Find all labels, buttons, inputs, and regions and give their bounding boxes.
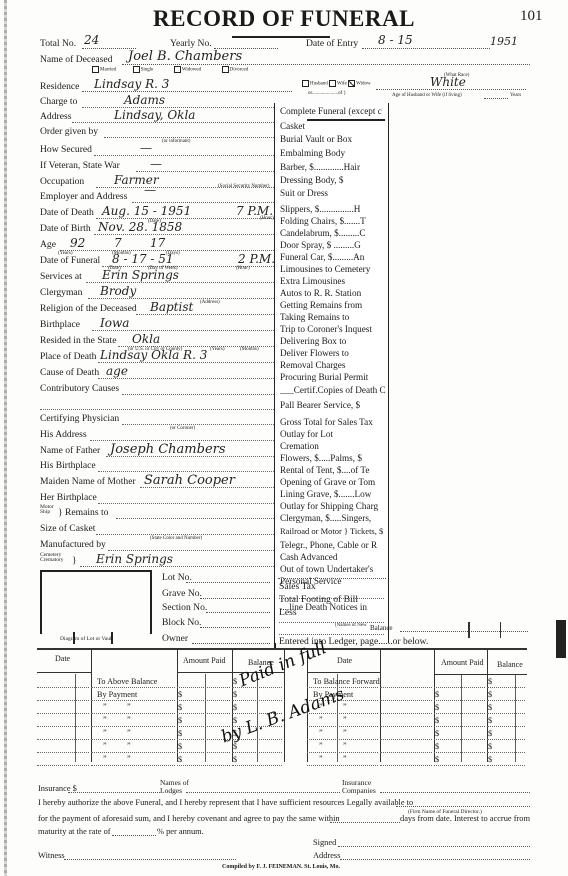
dollar-sign: $: [435, 690, 439, 699]
birthplace-field[interactable]: BirthplaceIowa: [40, 319, 274, 331]
page-title: RECORD OF FUNERAL: [0, 6, 568, 32]
dollar-sign: $: [435, 716, 439, 725]
ledger-cell[interactable]: [380, 674, 432, 688]
compiled-by: Compiled by F. J. FEINEMAN. St. Louis, M…: [222, 864, 340, 870]
ledger-right-date-header: Date: [337, 656, 352, 665]
ledger-cell[interactable]: [434, 739, 485, 753]
dollar-sign: $: [435, 729, 439, 738]
lodges-label: Names of Lodges: [160, 779, 189, 795]
size-of-casket-field[interactable]: Size of Casket: [40, 523, 274, 535]
checkbox-widowed[interactable]: [174, 66, 181, 73]
yearly-no-label: Yearly No.: [170, 38, 212, 49]
ledger-cell[interactable]: [434, 726, 485, 740]
address-field[interactable]: AddressLindsay, Okla: [40, 111, 274, 123]
charge-item[interactable]: Clergyman, $.....Singers,: [280, 513, 388, 523]
how-secured-field[interactable]: How Secured—: [40, 144, 274, 156]
charge-item[interactable]: Outlay for Lot: [280, 429, 388, 439]
ledger-cell[interactable]: [380, 726, 432, 740]
witness-field[interactable]: [64, 859, 236, 860]
dollar-sign: $: [435, 755, 439, 764]
ledger-cell[interactable]: [487, 713, 525, 727]
authorize-text: I hereby authorize the above Funeral, an…: [38, 798, 413, 807]
dollar-sign: $: [178, 703, 182, 712]
date-of-entry-value: 8 - 15: [378, 33, 413, 47]
contributory-causes-line2[interactable]: [40, 398, 274, 410]
ledger-cell[interactable]: [37, 726, 89, 740]
ledger-cell[interactable]: [37, 739, 89, 753]
dollar-sign: $: [178, 742, 182, 751]
charge-item[interactable]: Trip to Coroner's Inquest: [280, 324, 388, 334]
ditto-mark: ”: [343, 728, 347, 737]
residence-value: Lindsay R. 3: [94, 77, 169, 91]
ledger-cell[interactable]: [37, 674, 89, 688]
charge-item[interactable]: Gross Total for Sales Tax: [280, 417, 388, 427]
ledger-cell[interactable]: [177, 752, 230, 766]
mother-birthplace-field[interactable]: Her Birthplace: [40, 492, 274, 504]
dollar-sign: $: [435, 742, 439, 751]
owner-label: Owner: [162, 633, 188, 644]
ledger-cell[interactable]: [91, 674, 175, 688]
ledger-cell[interactable]: [487, 700, 525, 714]
place-of-death-field[interactable]: Place of DeathLindsay Okla R. 3: [40, 351, 274, 363]
balance-label: Balance: [370, 624, 393, 632]
lot-diagram-box: [40, 570, 152, 634]
physician-address-field[interactable]: His Address: [40, 429, 274, 441]
grave-no-field[interactable]: [200, 598, 270, 599]
ledger-cell[interactable]: [177, 700, 230, 714]
employer-field[interactable]: Employer and Address—: [40, 191, 274, 203]
dollar-sign: $: [488, 716, 492, 725]
ledger-cell[interactable]: [434, 752, 485, 766]
ledger-cell[interactable]: [37, 752, 89, 766]
ledger-cell[interactable]: [487, 752, 525, 766]
dollar-sign: $: [488, 755, 492, 764]
order-given-by-field[interactable]: Order given by: [40, 126, 274, 138]
charge-item[interactable]: Outlay for Shipping Charg: [280, 501, 388, 511]
charge-item[interactable]: Dressing Body, $: [280, 175, 388, 185]
total-no-value: 24: [84, 33, 99, 47]
ditto-mark: ”: [343, 715, 347, 724]
page-number: 101: [520, 8, 543, 25]
charge-item[interactable]: Extra Limousines: [280, 276, 388, 286]
ledger-right-balance-header: Balance: [497, 660, 523, 669]
page-edge: [4, 0, 7, 876]
companies-label: Insurance Companies: [342, 779, 376, 795]
charge-item[interactable]: Casket: [280, 121, 388, 131]
charges-panel: Complete Funeral (except c Casket Burial…: [274, 103, 389, 643]
ledger-cell[interactable]: [232, 752, 282, 766]
charge-item[interactable]: Slippers, $...............H: [280, 204, 388, 214]
days-field[interactable]: [330, 822, 400, 823]
dollar-sign: $: [488, 690, 492, 699]
ditto-mark: ”: [103, 754, 107, 763]
charge-item[interactable]: Removal Charges: [280, 360, 388, 370]
charge-item[interactable]: Candelabrum, $.........C: [280, 228, 388, 238]
charge-item[interactable]: ___Certif.Copies of Death C: [280, 385, 388, 395]
ditto-mark: ”: [103, 728, 107, 737]
ledger-cell[interactable]: [434, 700, 485, 714]
sales-tax-label: Sales Tax: [279, 581, 316, 592]
cemetery-field[interactable]: Cemetery Crematory}Erin Springs: [40, 555, 274, 567]
date-of-entry-year: 1951: [490, 35, 518, 48]
charge-item[interactable]: Telegr., Phone, Cable or R: [280, 540, 388, 550]
ledger-cell[interactable]: [380, 739, 432, 753]
charge-item[interactable]: Getting Remains from: [280, 300, 388, 310]
charge-item[interactable]: Rental of Tent, $....of Te: [280, 465, 388, 475]
ditto-mark: ”: [103, 741, 107, 750]
ledger-cell[interactable]: [380, 752, 432, 766]
date-of-death-field[interactable]: Date of DeathAug. 15 - 19517 P.M.: [40, 207, 274, 219]
dollar-sign: $: [435, 703, 439, 712]
dollar-sign: $: [488, 729, 492, 738]
charge-to-field[interactable]: Charge toAdams: [40, 96, 274, 108]
date-of-entry-label: Date of Entry: [306, 38, 358, 49]
charge-item[interactable]: Barber, $.............Hair: [280, 162, 388, 172]
charge-item[interactable]: Flowers, $.....Palms, $: [280, 453, 388, 463]
ditto-mark: ”: [103, 715, 107, 724]
ditto-mark: ”: [343, 741, 347, 750]
grave-no-label: Grave No.: [162, 588, 202, 599]
charge-item[interactable]: Cash Advanced: [280, 552, 388, 562]
veteran-field[interactable]: If Veteran, State War—: [40, 160, 274, 172]
charge-item[interactable]: Opening of Grave or Tom: [280, 477, 388, 487]
ditto-mark: ”: [319, 754, 323, 763]
charge-item[interactable]: Funeral Car, $.........An: [280, 252, 388, 262]
charge-item[interactable]: Pall Bearer Service, $: [280, 400, 388, 410]
clergyman-field[interactable]: ClergymanBrody: [40, 287, 274, 299]
services-at-field[interactable]: Services atErin Springs: [40, 271, 274, 283]
checkbox-married[interactable]: [92, 66, 99, 73]
scan-edge-mark: [556, 620, 566, 658]
charge-item[interactable]: Out of town Undertaker's: [280, 564, 388, 574]
total-footing-label: Total Footing of Bill: [279, 594, 358, 605]
date-of-birth-field[interactable]: Date of BirthNov. 28. 1858: [40, 223, 274, 235]
contributory-causes-field[interactable]: Contributory Causes: [40, 383, 274, 395]
charge-item[interactable]: Burial Vault or Box: [280, 134, 388, 144]
dollar-sign: $: [178, 729, 182, 738]
ditto-mark: ”: [319, 728, 323, 737]
ledger-cell[interactable]: [232, 687, 282, 701]
ledger-left-amount-header: Amount Paid: [183, 656, 225, 665]
ledger-right-amount-header: Amount Paid: [441, 658, 483, 667]
marital-status-options: Married Single Widowed Divorced: [92, 66, 248, 73]
remains-to-field[interactable]: Motor Ship} Remains to: [40, 507, 274, 519]
insurance-field[interactable]: [68, 792, 160, 793]
ledger-cell[interactable]: [487, 674, 525, 688]
race-value: White: [430, 75, 466, 89]
ditto-mark: ”: [127, 728, 131, 737]
ledger-cell[interactable]: [37, 713, 89, 727]
ledger-cell[interactable]: [434, 674, 485, 688]
ledger-cell[interactable]: [487, 726, 525, 740]
dollar-sign: $: [233, 690, 237, 699]
ditto-mark: ”: [127, 741, 131, 750]
dollar-sign: $: [488, 703, 492, 712]
ditto-mark: ”: [103, 702, 107, 711]
ledger-cell[interactable]: [37, 687, 89, 701]
lot-no-field[interactable]: [186, 582, 270, 583]
resided-in-state-field[interactable]: Resided in the StateOkla: [40, 335, 274, 347]
spouse-options: Husband Wife Widow: [302, 80, 371, 87]
dollar-sign: $: [178, 716, 182, 725]
payment-text: for the payment of aforesaid sum, and I …: [38, 814, 340, 823]
residence-label: Residence: [40, 81, 79, 92]
charge-item[interactable]: Folding Chairs, $.......T: [280, 216, 388, 226]
address-label-footer: Address: [313, 851, 340, 860]
mother-maiden-name-field[interactable]: Maiden Name of MotherSarah Cooper: [40, 476, 274, 488]
charge-item[interactable]: Deliver Flowers to: [280, 348, 388, 358]
checkbox-single[interactable]: [133, 66, 140, 73]
lodges-field[interactable]: [186, 792, 340, 793]
charge-item[interactable]: Limousines to Cemetery: [280, 264, 388, 274]
age-field[interactable]: Age92717: [40, 239, 274, 251]
ditto-mark: ”: [127, 702, 131, 711]
name-of-deceased-label: Name of Deceased: [40, 54, 112, 65]
charge-item[interactable]: Autos to R. R. Station: [280, 288, 388, 298]
block-no-label: Block No.: [162, 617, 201, 628]
cause-of-death-field[interactable]: Cause of Deathage: [40, 367, 274, 379]
checkbox-wife[interactable]: [329, 80, 336, 87]
ledger-cell[interactable]: [177, 713, 230, 727]
ledger-cell[interactable]: [380, 713, 432, 727]
address-field-footer[interactable]: [340, 859, 530, 860]
charge-item[interactable]: Lining Grave, $.......Low: [280, 489, 388, 499]
ditto-mark: ”: [319, 715, 323, 724]
section-no-field[interactable]: [206, 612, 270, 613]
checkbox-husband[interactable]: [302, 80, 309, 87]
manufactured-by-field[interactable]: Manufactured by: [40, 539, 274, 551]
checkbox-divorced[interactable]: [222, 66, 229, 73]
companies-field[interactable]: [380, 792, 530, 793]
owner-field[interactable]: [192, 643, 270, 644]
charge-item[interactable]: Suit or Dress: [280, 188, 388, 198]
age-spouse-label: Age of Husband or Wife (if living): [392, 93, 462, 98]
ledger-cell[interactable]: [487, 739, 525, 753]
dollar-sign: $: [233, 755, 237, 764]
ledger-cell[interactable]: [487, 687, 525, 701]
charge-item[interactable]: Embalming Body: [280, 148, 388, 158]
ledger-left-date-header: Date: [55, 654, 70, 663]
ledger-cell[interactable]: [434, 713, 485, 727]
dollar-sign: $: [488, 742, 492, 751]
ledger-cell[interactable]: [380, 700, 432, 714]
block-no-field[interactable]: [200, 627, 270, 628]
signed-field[interactable]: [338, 846, 530, 847]
ditto-mark: ”: [343, 754, 347, 763]
certifying-physician-field[interactable]: Certifying Physician: [40, 413, 274, 425]
name-of-father-field[interactable]: Name of FatherJoseph Chambers: [40, 445, 274, 457]
ledger-cell[interactable]: [91, 687, 175, 701]
dollar-sign: $: [178, 690, 182, 699]
father-birthplace-field[interactable]: His Birthplace: [40, 460, 274, 472]
checkbox-widow-checked[interactable]: [348, 80, 355, 87]
charge-item[interactable]: Complete Funeral (except c: [280, 106, 388, 116]
ledger-cell[interactable]: [380, 687, 432, 701]
diagram-caption: Diagram of Lot or Vault: [60, 636, 113, 642]
ledger-cell[interactable]: [307, 674, 378, 688]
less-label: Less: [279, 607, 297, 618]
total-no-label: Total No.: [40, 38, 76, 49]
ditto-mark: ”: [127, 754, 131, 763]
interest-rate-field[interactable]: [112, 835, 156, 836]
ledger-cell[interactable]: [177, 674, 230, 688]
charge-item[interactable]: Door Spray, $ .........G: [280, 240, 388, 250]
section-no-label: Section No.: [162, 602, 207, 613]
charge-item[interactable]: Delivering Box to: [280, 336, 388, 346]
witness-label: Witness: [38, 851, 65, 860]
dollar-sign: $: [178, 755, 182, 764]
dollar-sign: $: [233, 703, 237, 712]
ditto-mark: ”: [319, 741, 323, 750]
ledger-cell[interactable]: [434, 687, 485, 701]
firm-name-field[interactable]: [396, 806, 530, 807]
ditto-mark: ”: [127, 715, 131, 724]
charge-item[interactable]: Taking Remains to: [280, 312, 388, 322]
religion-field[interactable]: Religion of the DeceasedBaptist: [40, 303, 274, 315]
charge-item[interactable]: Cremation: [280, 441, 388, 451]
ledger-cell[interactable]: [37, 700, 89, 714]
ledger-cell[interactable]: [177, 739, 230, 753]
charge-item[interactable]: Procuring Burial Permit: [280, 372, 388, 382]
name-of-deceased-value: Joel B. Chambers: [128, 49, 242, 64]
signed-label: Signed: [313, 838, 336, 847]
charge-item[interactable]: Railroad or Motor } Tickets, $: [280, 526, 388, 536]
ledger-cell[interactable]: [177, 687, 230, 701]
